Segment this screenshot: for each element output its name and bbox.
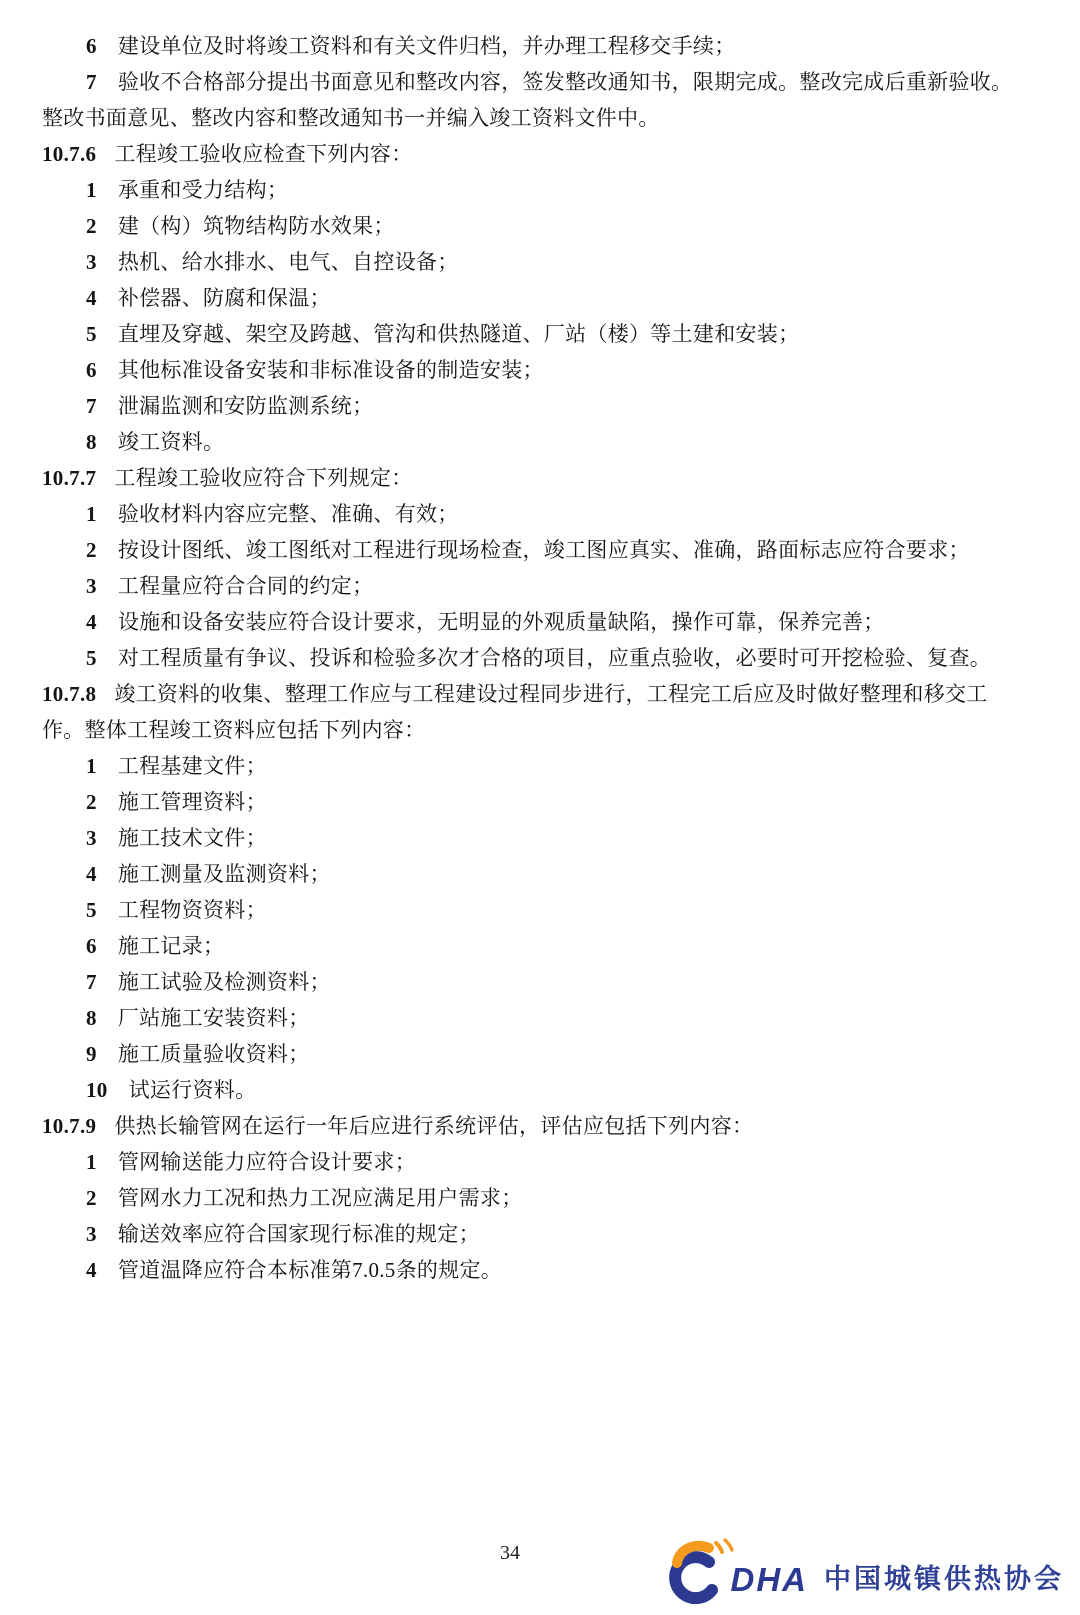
item-number: 2 xyxy=(86,790,97,814)
list-item: 1工程基建文件； xyxy=(42,748,1040,784)
paragraph-text: 管网水力工况和热力工况应满足用户需求； xyxy=(118,1186,523,1210)
paragraph-text: 工程量应符合合同的约定； xyxy=(118,574,374,598)
logo-name: 中国城镇供热协会 xyxy=(824,1557,1064,1596)
list-item: 4施工测量及监测资料； xyxy=(42,856,1040,892)
paragraph-text: 设施和设备安装应符合设计要求，无明显的外观质量缺陷，操作可靠，保养完善； xyxy=(118,610,885,634)
document-page: 6建设单位及时将竣工资料和有关文件归档，并办理工程移交手续；7验收不合格部分提出… xyxy=(0,0,1080,1615)
clause-number: 10.7.6 xyxy=(42,142,96,166)
clause-paragraph: 10.7.9供热长输管网在运行一年后应进行系统评估，评估应包括下列内容： xyxy=(42,1108,1040,1144)
paragraph-text: 管网输送能力应符合设计要求； xyxy=(118,1150,416,1174)
paragraph-text: 施工测量及监测资料； xyxy=(118,862,331,886)
item-number: 7 xyxy=(86,394,97,418)
paragraph-text: 建设单位及时将竣工资料和有关文件归档，并办理工程移交手续； xyxy=(118,34,736,58)
list-item: 8厂站施工安装资料； xyxy=(42,1000,1040,1036)
clause-number: 10.7.7 xyxy=(42,466,96,490)
item-number: 1 xyxy=(86,754,97,778)
item-number: 7 xyxy=(86,70,97,94)
list-item: 1承重和受力结构； xyxy=(42,172,1040,208)
paragraph-text: 验收材料内容应完整、准确、有效； xyxy=(118,502,459,526)
list-item: 4设施和设备安装应符合设计要求，无明显的外观质量缺陷，操作可靠，保养完善； xyxy=(42,604,1040,640)
list-item: 10试运行资料。 xyxy=(42,1072,1040,1108)
list-item: 4补偿器、防腐和保温； xyxy=(42,280,1040,316)
item-number: 2 xyxy=(86,538,97,562)
paragraph-text: 施工质量验收资料； xyxy=(118,1042,310,1066)
list-item: 3工程量应符合合同的约定； xyxy=(42,568,1040,604)
list-item: 6施工记录； xyxy=(42,928,1040,964)
paragraph-text: 厂站施工安装资料； xyxy=(118,1006,310,1030)
paragraph-text: 热机、给水排水、电气、自控设备； xyxy=(118,250,459,274)
paragraph-text: 建（构）筑物结构防水效果； xyxy=(118,214,395,238)
item-number: 5 xyxy=(86,322,97,346)
paragraph-text: 对工程质量有争议、投诉和检验多次才合格的项目，应重点验收，必要时可开挖检验、复查… xyxy=(118,646,991,670)
list-item: 2施工管理资料； xyxy=(42,784,1040,820)
list-item: 7泄漏监测和安防监测系统； xyxy=(42,388,1040,424)
item-number: 6 xyxy=(86,34,97,58)
list-item: 5对工程质量有争议、投诉和检验多次才合格的项目，应重点验收，必要时可开挖检验、复… xyxy=(42,640,1040,676)
paragraph-text: 管道温降应符合本标准第7.0.5条的规定。 xyxy=(118,1258,502,1282)
list-item: 5工程物资资料； xyxy=(42,892,1040,928)
paragraph-text: 补偿器、防腐和保温； xyxy=(118,286,331,310)
item-number: 4 xyxy=(86,610,97,634)
paragraph-text: 竣工资料。 xyxy=(118,430,225,454)
list-item: 2按设计图纸、竣工图纸对工程进行现场检查，竣工图应真实、准确，路面标志应符合要求… xyxy=(42,532,1040,568)
association-logo: DHA 中国城镇供热协会 xyxy=(659,1538,1065,1608)
clause-paragraph: 10.7.7工程竣工验收应符合下列规定： xyxy=(42,460,1040,496)
item-number: 1 xyxy=(86,178,97,202)
list-item: 6其他标准设备安装和非标准设备的制造安装； xyxy=(42,352,1040,388)
clause-paragraph: 10.7.8竣工资料的收集、整理工作应与工程建设过程同步进行，工程完工后应及时做… xyxy=(42,676,1040,748)
paragraph-text: 施工管理资料； xyxy=(118,790,267,814)
list-item: 1管网输送能力应符合设计要求； xyxy=(42,1144,1040,1180)
list-item: 2管网水力工况和热力工况应满足用户需求； xyxy=(42,1180,1040,1216)
list-item: 5直埋及穿越、架空及跨越、管沟和供热隧道、厂站（楼）等土建和安装； xyxy=(42,316,1040,352)
clause-number: 10.7.9 xyxy=(42,1114,96,1138)
item-number: 4 xyxy=(86,286,97,310)
paragraph-text: 工程竣工验收应符合下列规定： xyxy=(114,466,412,490)
item-number: 7 xyxy=(86,970,97,994)
item-number: 5 xyxy=(86,898,97,922)
paragraph-text: 施工试验及检测资料； xyxy=(118,970,331,994)
list-item: 2建（构）筑物结构防水效果； xyxy=(42,208,1040,244)
paragraph-text: 直埋及穿越、架空及跨越、管沟和供热隧道、厂站（楼）等土建和安装； xyxy=(118,322,800,346)
paragraph-text: 输送效率应符合国家现行标准的规定； xyxy=(118,1222,480,1246)
paragraph-text: 工程物资资料； xyxy=(118,898,267,922)
list-item: 9施工质量验收资料； xyxy=(42,1036,1040,1072)
list-item: 4管道温降应符合本标准第7.0.5条的规定。 xyxy=(42,1252,1040,1288)
paragraph-text: 竣工资料的收集、整理工作应与工程建设过程同步进行，工程完工后应及时做好整理和移交… xyxy=(42,682,988,742)
item-number: 3 xyxy=(86,826,97,850)
paragraph-text: 工程基建文件； xyxy=(118,754,267,778)
paragraph-text: 其他标准设备安装和非标准设备的制造安装； xyxy=(118,358,544,382)
list-item: 3施工技术文件； xyxy=(42,820,1040,856)
paragraph-text: 施工记录； xyxy=(118,934,225,958)
clause-number: 10.7.8 xyxy=(42,682,96,706)
paragraph-text: 验收不合格部分提出书面意见和整改内容，签发整改通知书，限期完成。整改完成后重新验… xyxy=(42,70,1012,130)
paragraph-text: 工程竣工验收应检查下列内容： xyxy=(114,142,412,166)
item-number: 2 xyxy=(86,1186,97,1210)
item-number: 3 xyxy=(86,1222,97,1246)
item-number: 2 xyxy=(86,214,97,238)
item-number: 4 xyxy=(86,1258,97,1282)
list-item: 3热机、给水排水、电气、自控设备； xyxy=(42,244,1040,280)
list-item: 8竣工资料。 xyxy=(42,424,1040,460)
paragraph-text: 承重和受力结构； xyxy=(118,178,288,202)
item-number: 6 xyxy=(86,934,97,958)
logo-acronym: DHA xyxy=(731,1561,809,1599)
list-item: 6建设单位及时将竣工资料和有关文件归档，并办理工程移交手续； xyxy=(42,28,1040,64)
item-number: 1 xyxy=(86,1150,97,1174)
paragraph-text: 试运行资料。 xyxy=(129,1078,257,1102)
item-number: 8 xyxy=(86,430,97,454)
list-item: 1验收材料内容应完整、准确、有效； xyxy=(42,496,1040,532)
item-number: 6 xyxy=(86,358,97,382)
item-number: 5 xyxy=(86,646,97,670)
item-number: 8 xyxy=(86,1006,97,1030)
list-item: 7验收不合格部分提出书面意见和整改内容，签发整改通知书，限期完成。整改完成后重新… xyxy=(42,64,1040,136)
paragraph-text: 按设计图纸、竣工图纸对工程进行现场检查，竣工图应真实、准确，路面标志应符合要求； xyxy=(118,538,970,562)
item-number: 1 xyxy=(86,502,97,526)
paragraph-text: 供热长输管网在运行一年后应进行系统评估，评估应包括下列内容： xyxy=(114,1114,753,1138)
item-number: 10 xyxy=(86,1078,108,1102)
document-body: 6建设单位及时将竣工资料和有关文件归档，并办理工程移交手续；7验收不合格部分提出… xyxy=(42,28,1040,1288)
paragraph-text: 泄漏监测和安防监测系统； xyxy=(118,394,374,418)
clause-paragraph: 10.7.6工程竣工验收应检查下列内容： xyxy=(42,136,1040,172)
list-item: 3输送效率应符合国家现行标准的规定； xyxy=(42,1216,1040,1252)
item-number: 3 xyxy=(86,574,97,598)
paragraph-text: 施工技术文件； xyxy=(118,826,267,850)
item-number: 9 xyxy=(86,1042,97,1066)
item-number: 3 xyxy=(86,250,97,274)
item-number: 4 xyxy=(86,862,97,886)
list-item: 7施工试验及检测资料； xyxy=(42,964,1040,1000)
